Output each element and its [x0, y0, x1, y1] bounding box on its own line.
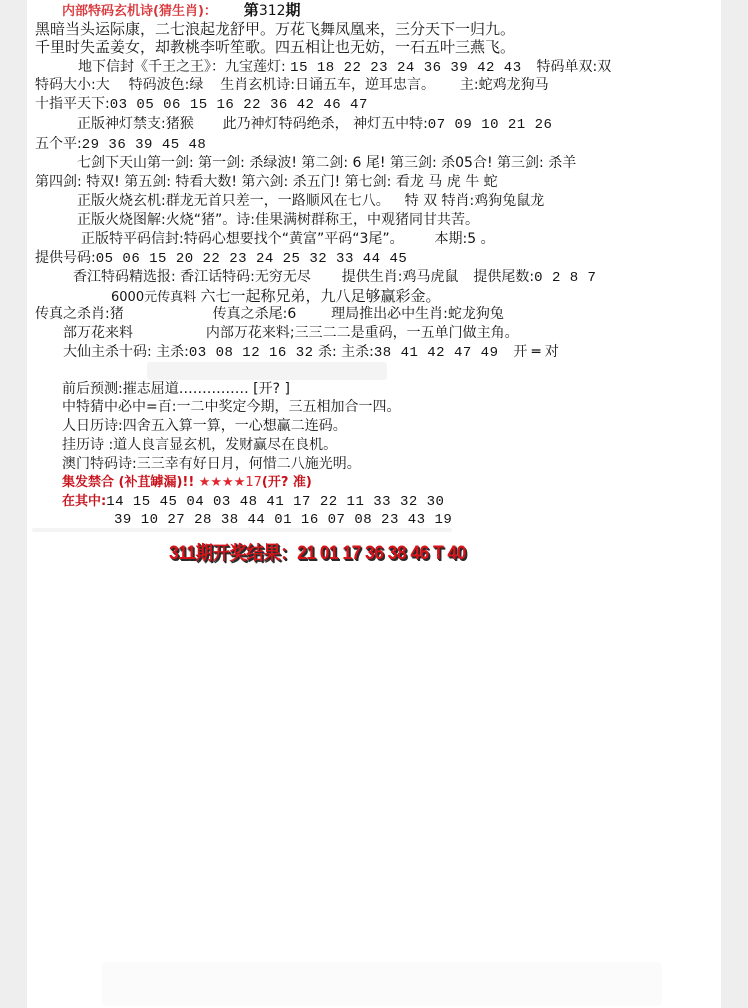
wugeping-label: 五个平: [35, 136, 82, 152]
huoshao-tujie-label: 正版火烧图解: [77, 212, 166, 228]
shendeng-wuzhong-label: 神灯五中特: [353, 116, 428, 132]
daxian-label: 大仙主杀十码: [63, 344, 152, 360]
wugeping-numbers: 29 36 39 45 48 [82, 137, 207, 153]
zhongte-label: 中特猜中必中=百: [62, 399, 176, 415]
qijian-line-1: 七剑下天山第一剑: 第一剑: 杀绿波! 第二剑: 6 尾! 第三剑: 杀05合!… [77, 155, 576, 172]
daxian-zhusha-label: 主杀: [156, 344, 189, 360]
bose-value: 绿 [189, 77, 203, 93]
aomen-row: 澳门特码诗:三三幸有好日月，何惜二八施光明。 [62, 456, 361, 473]
shendeng-label: 正版神灯禁支: [77, 116, 166, 132]
danshuang-value: 双 [597, 59, 611, 75]
aomen-label: 澳门特码诗: [62, 456, 137, 472]
texiao-value: 鸡狗兔鼠龙 [474, 193, 544, 209]
daxian-numbers-1: 03 08 12 16 32 [189, 345, 314, 361]
shendeng-row: 正版神灯禁支:猪猴 此乃神灯特码绝杀， 神灯五中特:07 09 10 21 26 [77, 116, 552, 134]
zaiqizhong-label: 在其中: [62, 494, 106, 509]
tigong-shengxiao-value: 鸡马虎鼠 [403, 269, 459, 285]
huoshao-xuanji-value: 群龙无首只差一，一路顺风在七八。 [166, 193, 390, 209]
shaxiao-label: 传真之杀肖: [35, 306, 110, 322]
huoshao-xuanji-row: 正版火烧玄机:群龙无首只差一，一路顺风在七八。 特 双 特肖:鸡狗兔鼠龙 [77, 193, 544, 210]
shawei-label: 传真之杀尾: [213, 306, 288, 322]
daxiao-label: 特码大小: [35, 77, 96, 93]
huoshao-tujie-value: 火烧“猪”。诗:佳果满树群称王，中观猪同甘共苦。 [166, 212, 479, 228]
shizhi-row: 十指平天下:03 05 06 15 16 22 36 42 46 47 [35, 96, 368, 114]
dixia-row: 地下信封《千王之王》：九宝莲灯: 15 18 22 23 24 36 39 42… [78, 59, 611, 77]
tigong-numbers: 05 06 15 20 22 23 24 25 32 33 44 45 [96, 251, 408, 267]
draw-result: 311期开奖结果：21 01 17 36 38 46 T 40 [169, 538, 466, 565]
shengxiao-poem-label: 生肖玄机诗: [220, 77, 295, 93]
watermark-block [147, 362, 387, 380]
danshuang-label: 特码单双: [537, 59, 598, 75]
tigong-shengxiao-label: 提供生肖: [342, 269, 403, 285]
zaiqizhong-numbers-1: 14 15 45 04 03 48 41 17 22 11 33 32 30 [106, 494, 444, 510]
huoshao-xuanji-label: 正版火烧玄机: [77, 193, 166, 209]
wanhua-row: 部万花来料 内部万花来料;三三二二是重码，一五单门做主角。 [63, 325, 519, 342]
guali-label: 挂历诗 : [62, 437, 113, 453]
shizhi-numbers: 03 05 06 15 16 22 36 42 46 47 [110, 97, 368, 113]
benqi-label: 本期: [435, 231, 468, 247]
neibu-wanhua-label: 内部万花来料; [206, 325, 295, 341]
shendeng-numbers: 07 09 10 21 26 [428, 117, 553, 133]
guali-row: 挂历诗 :道人良言显玄机，发财赢尽在良机。 [62, 437, 337, 454]
zhu-label: 主: [460, 77, 479, 93]
jifa-label: 集发禁合 (补苴罅漏)!! [62, 475, 194, 490]
jifa-row: 集发禁合 (补苴罅漏)!! ★★★★17(开? 准) [62, 474, 312, 491]
zhongte-value: 一二中奖定今期，三五相加合一四。 [176, 399, 400, 415]
period-suffix: 期 [286, 1, 301, 19]
shengxiao-poem-value: 日诵五车，逆耳忠言。 [295, 77, 435, 93]
tigong-label: 提供号码: [35, 250, 96, 266]
zhu-value: 蛇鸡龙狗马 [479, 77, 549, 93]
dixia-numbers: 15 18 22 23 24 36 39 42 43 [290, 60, 521, 76]
neibu-wanhua-value: 三三二二是重码，一五单门做主角。 [295, 325, 519, 341]
renri-label: 人日历诗: [62, 418, 123, 434]
bottom-watermark [102, 962, 662, 1006]
daxian-row: 大仙主杀十码: 主杀:03 08 12 16 32 杀: 主杀:38 41 42… [63, 344, 559, 362]
period-number: 312 [259, 3, 286, 19]
tigong-row: 提供号码:05 06 15 20 22 23 24 25 32 33 44 45 [35, 250, 407, 268]
qianhou-label: 前后预测: [62, 381, 123, 397]
tepingma-label: 正版特平码信封: [81, 231, 184, 247]
xiangjiang-hua-label: 香江话特码: [180, 269, 255, 285]
poem-line-1: 黑暗当头运际康，二七浪起龙舒甲。万花飞舞凤凰来，三分天下一归九。 [35, 21, 515, 38]
daxian-suffix: 开 ═ 对 [513, 344, 558, 360]
star-icons: ★★★★ [199, 475, 246, 490]
document-page: 内部特码玄机诗(猜生肖)： 第312期 黑暗当头运际康，二七浪起龙舒甲。万花飞舞… [27, 0, 721, 1008]
bose-label: 特码波色: [129, 77, 190, 93]
xiangjiang-hua-value: 无穷无尽 [255, 269, 311, 285]
shawei-value: 6 [287, 306, 296, 322]
zaiqizhong-row: 在其中:14 15 45 04 03 48 41 17 22 11 33 32 … [62, 493, 444, 511]
zaiqizhong-numbers-2: 39 10 27 28 38 44 01 16 07 08 23 43 19 [114, 512, 452, 528]
shizhi-label: 十指平天下: [35, 96, 110, 112]
period-prefix: 第 [244, 1, 259, 19]
xiangjiang-row: 香江特码精选报: 香江话特码:无穷无尽 提供生肖:鸡马虎鼠 提供尾数:0 2 8… [73, 269, 596, 287]
liju-label: 理局推出必中生肖: [331, 306, 448, 322]
divider-line [32, 528, 452, 532]
aomen-value: 三三幸有好日月，何惜二八施光明。 [137, 456, 361, 472]
qianhou-row: 前后预测:摧志屈道…………… [开? ] [62, 381, 290, 398]
shendeng-value: 猪猴 [166, 116, 194, 132]
wanhua-label: 部万花来料 [63, 325, 133, 341]
renri-value: 四舍五入算一算，一心想赢二连码。 [123, 418, 347, 434]
tigong-weishu-value: 0 2 8 7 [534, 270, 596, 286]
texiao-label: 特 双 特肖: [405, 193, 475, 209]
shaxiao-value: 猪 [110, 306, 124, 322]
daxiao-row: 特码大小:大 特码波色:绿 生肖玄机诗:日诵五车，逆耳忠言。 主:蛇鸡龙狗马 [35, 77, 549, 94]
daxiao-value: 大 [96, 77, 110, 93]
chuanzhen-6000-value: 六七一起称兄弟，九八足够赢彩金。 [201, 287, 441, 305]
daxian-sha-label: 杀: 主杀: [318, 344, 374, 360]
jifa-number: 17 [245, 475, 262, 490]
chuanzhen-sha-row: 传真之杀肖:猪 传真之杀尾:6 理局推出必中生肖:蛇龙狗兔 [35, 306, 504, 323]
renri-row: 人日历诗:四舍五入算一算，一心想赢二连码。 [62, 418, 347, 435]
wugeping-row: 五个平:29 36 39 45 48 [35, 136, 206, 154]
guali-value: 道人良言显玄机，发财赢尽在良机。 [113, 437, 337, 453]
tigong-weishu-label: 提供尾数: [473, 269, 534, 285]
qijian-line-2: 第四剑: 特双! 第五剑: 特看大数! 第六剑: 杀五门! 第七剑: 看龙 马 … [35, 174, 498, 191]
shendeng-note: 此乃神灯特码绝杀， [223, 116, 349, 132]
benqi-value: 5 。 [467, 231, 494, 247]
daxian-numbers-2: 38 41 42 47 49 [374, 345, 499, 361]
qianhou-value: 摧志屈道…………… [开? ] [123, 381, 290, 397]
zaiqizhong-row-2: 39 10 27 28 38 44 01 16 07 08 23 43 19 [114, 511, 452, 529]
zhongte-row: 中特猜中必中=百:一二中奖定今期，三五相加合一四。 [62, 399, 400, 416]
header-row: 内部特码玄机诗(猜生肖)： 第312期 [62, 2, 301, 20]
huoshao-tujie-row: 正版火烧图解:火烧“猪”。诗:佳果满树群称王，中观猪同甘共苦。 [77, 212, 479, 229]
chuanzhen-6000-row: 6000元传真料 六七一起称兄弟，九八足够赢彩金。 [111, 288, 441, 306]
liju-value: 蛇龙狗兔 [448, 306, 504, 322]
tepingma-row: 正版特平码信封:特码心想要找个“黄富”平码“3尾”。 本期:5 。 [81, 231, 495, 248]
tepingma-value: 特码心想要找个“黄富”平码“3尾”。 [184, 231, 404, 247]
dixia-label: 地下信封《千王之王》：九宝莲灯: [78, 59, 286, 75]
chuanzhen-6000-label: 6000元传真料 [111, 290, 196, 305]
xiangjiang-label: 香江特码精选报: [73, 269, 176, 285]
poem-line-2: 千里时失孟姜女，却教桃李听笙歌。四五相让也无妨，一石五叶三燕飞。 [35, 39, 515, 56]
header-title: 内部特码玄机诗(猜生肖)： [62, 4, 217, 19]
jifa-suffix: (开? 准) [262, 475, 312, 490]
